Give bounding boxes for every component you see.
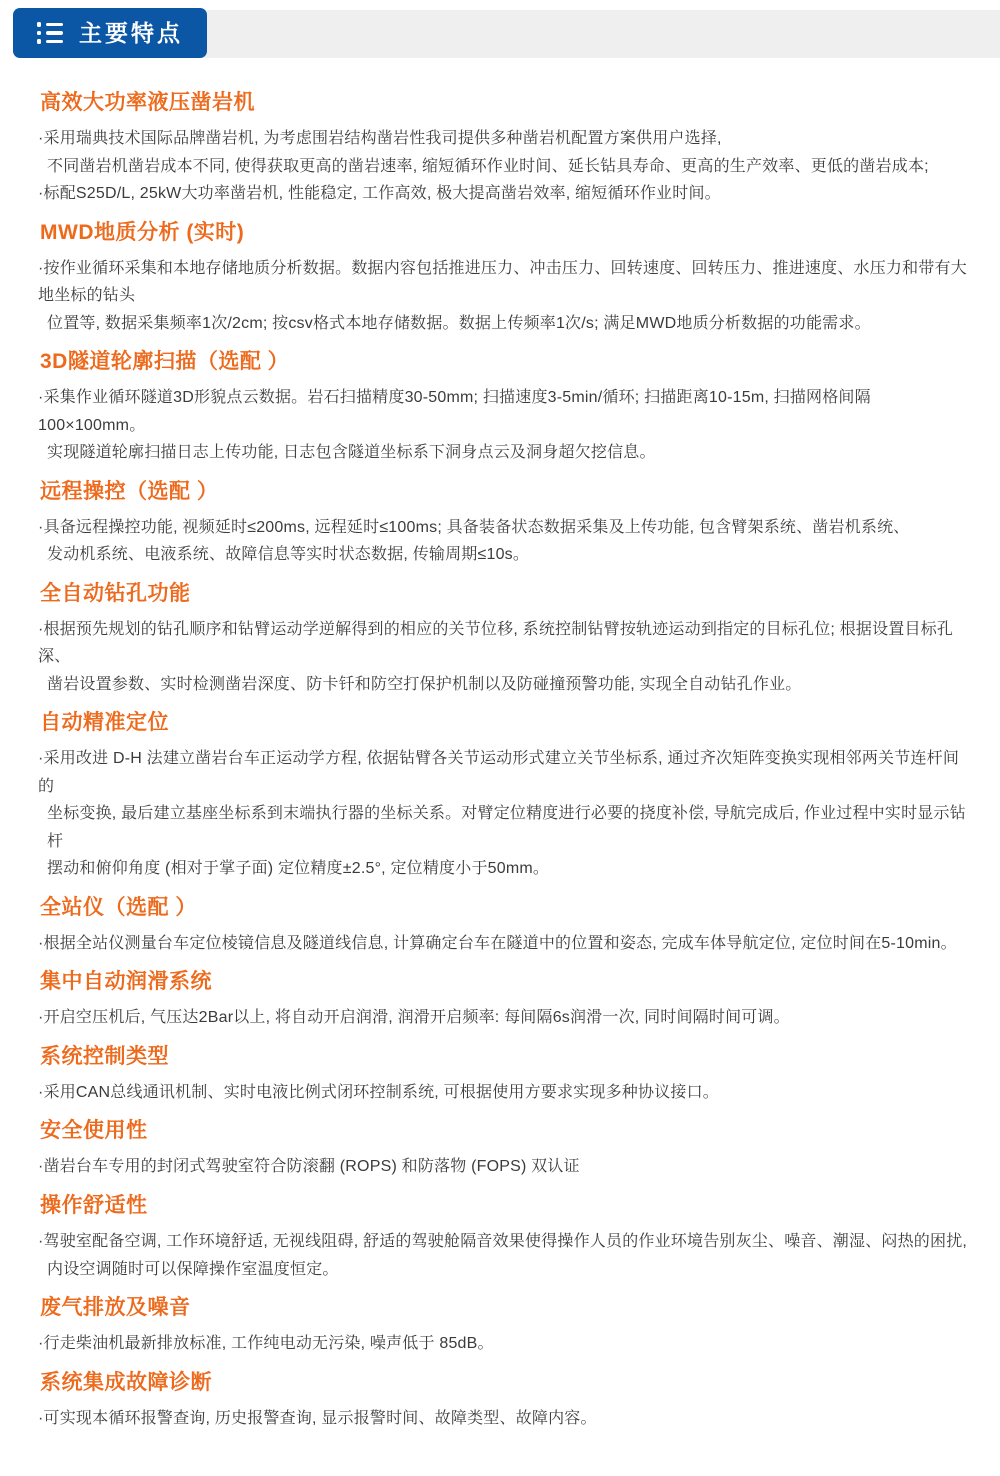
feature-line: ·根据全站仪测量台车定位棱镜信息及隧道线信息, 计算确定台车在隧道中的位置和姿态… [38,930,970,958]
feature-title: 系统控制类型 [40,1046,970,1068]
feature-line: ·采用改进 D-H 法建立凿岩台车正运动学方程, 依据钻臂各关节运动形式建立关节… [38,745,970,800]
feature-section: 系统集成故障诊断 ·可实现本循环报警查询, 历史报警查询, 显示报警时间、故障类… [38,1372,970,1433]
feature-body: ·驾驶室配备空调, 工作环境舒适, 无视线阻碍, 舒适的驾驶舱隔音效果使得操作人… [38,1228,970,1283]
feature-body: ·采用CAN总线通讯机制、实时电液比例式闭环控制系统, 可根据使用方要求实现多种… [38,1079,970,1107]
feature-section: 操作舒适性 ·驾驶室配备空调, 工作环境舒适, 无视线阻碍, 舒适的驾驶舱隔音效… [38,1195,970,1283]
feature-line: ·采用CAN总线通讯机制、实时电液比例式闭环控制系统, 可根据使用方要求实现多种… [38,1079,970,1107]
feature-line: ·凿岩台车专用的封闭式驾驶室符合防滚翻 (ROPS) 和防落物 (FOPS) 双… [38,1153,970,1181]
list-icon [37,22,63,44]
features-list: 高效大功率液压凿岩机 ·采用瑞典技术国际品牌凿岩机, 为考虑围岩结构凿岩性我司提… [0,58,1000,1476]
feature-section: 废气排放及噪音 ·行走柴油机最新排放标准, 工作纯电动无污染, 噪声低于 85d… [38,1297,970,1358]
feature-section: 系统控制类型 ·采用CAN总线通讯机制、实时电液比例式闭环控制系统, 可根据使用… [38,1046,970,1107]
feature-line: 位置等, 数据采集频率1次/2cm; 按csv格式本地存储数据。数据上传频率1次… [38,310,970,338]
feature-line: ·具备远程操控功能, 视频延时≤200ms, 远程延时≤100ms; 具备装备状… [38,514,970,542]
feature-section: 集中自动润滑系统 ·开启空压机后, 气压达2Bar以上, 将自动开启润滑, 润滑… [38,971,970,1032]
feature-line: ·采集作业循环隧道3D形貌点云数据。岩石扫描精度30-50mm; 扫描速度3-5… [38,384,970,439]
feature-line: ·可实现本循环报警查询, 历史报警查询, 显示报警时间、故障类型、故障内容。 [38,1405,970,1433]
feature-title: MWD地质分析 (实时) [40,222,970,244]
page-title: 主要特点 [79,22,183,45]
feature-body: ·具备远程操控功能, 视频延时≤200ms, 远程延时≤100ms; 具备装备状… [38,514,970,569]
feature-body: ·采集作业循环隧道3D形貌点云数据。岩石扫描精度30-50mm; 扫描速度3-5… [38,384,970,467]
list-icon-bar [46,23,63,27]
feature-section: 3D隧道轮廓扫描（选配 ） ·采集作业循环隧道3D形貌点云数据。岩石扫描精度30… [38,351,970,467]
list-icon-row [37,31,63,36]
feature-title: 集中自动润滑系统 [40,971,970,993]
feature-title: 操作舒适性 [40,1195,970,1217]
feature-title: 系统集成故障诊断 [40,1372,970,1394]
list-icon-dot [37,22,41,27]
page: 主要特点 高效大功率液压凿岩机 ·采用瑞典技术国际品牌凿岩机, 为考虑围岩结构凿… [0,0,1000,1476]
feature-line: ·按作业循环采集和本地存储地质分析数据。数据内容包括推进压力、冲击压力、回转速度… [38,255,970,310]
list-icon-dot [37,39,41,44]
feature-section: 高效大功率液压凿岩机 ·采用瑞典技术国际品牌凿岩机, 为考虑围岩结构凿岩性我司提… [38,92,970,208]
feature-line: ·标配S25D/L, 25kW大功率凿岩机, 性能稳定, 工作高效, 极大提高凿… [38,180,970,208]
feature-line: 实现隧道轮廓扫描日志上传功能, 日志包含隧道坐标系下洞身点云及洞身超欠挖信息。 [38,439,970,467]
feature-title: 安全使用性 [40,1120,970,1142]
feature-body: ·凿岩台车专用的封闭式驾驶室符合防滚翻 (ROPS) 和防落物 (FOPS) 双… [38,1153,970,1181]
feature-line: ·采用瑞典技术国际品牌凿岩机, 为考虑围岩结构凿岩性我司提供多种凿岩机配置方案供… [38,125,970,153]
feature-line: ·驾驶室配备空调, 工作环境舒适, 无视线阻碍, 舒适的驾驶舱隔音效果使得操作人… [38,1228,970,1256]
feature-line: 坐标变换, 最后建立基座坐标系到末端执行器的坐标关系。对臂定位精度进行必要的挠度… [38,800,970,855]
feature-section: 安全使用性 ·凿岩台车专用的封闭式驾驶室符合防滚翻 (ROPS) 和防落物 (F… [38,1120,970,1181]
feature-body: ·可实现本循环报警查询, 历史报警查询, 显示报警时间、故障类型、故障内容。 [38,1405,970,1433]
feature-line: 凿岩设置参数、实时检测凿岩深度、防卡钎和防空打保护机制以及防碰撞预警功能, 实现… [38,671,970,699]
feature-line: ·行走柴油机最新排放标准, 工作纯电动无污染, 噪声低于 85dB。 [38,1330,970,1358]
feature-line: ·开启空压机后, 气压达2Bar以上, 将自动开启润滑, 润滑开启频率: 每间隔… [38,1004,970,1032]
feature-title: 3D隧道轮廓扫描（选配 ） [40,351,970,373]
feature-title: 废气排放及噪音 [40,1297,970,1319]
feature-section: MWD地质分析 (实时) ·按作业循环采集和本地存储地质分析数据。数据内容包括推… [38,222,970,338]
list-icon-bar [46,31,63,35]
feature-title: 全自动钻孔功能 [40,583,970,605]
feature-line: 摆动和俯仰角度 (相对于掌子面) 定位精度±2.5°, 定位精度小于50mm。 [38,855,970,883]
feature-title: 全站仪（选配 ） [40,897,970,919]
feature-section: 全站仪（选配 ） ·根据全站仪测量台车定位棱镜信息及隧道线信息, 计算确定台车在… [38,897,970,958]
list-icon-bar [46,40,63,44]
feature-title: 高效大功率液压凿岩机 [40,92,970,114]
feature-title: 自动精准定位 [40,712,970,734]
feature-body: ·采用瑞典技术国际品牌凿岩机, 为考虑围岩结构凿岩性我司提供多种凿岩机配置方案供… [38,125,970,208]
list-icon-row [37,39,63,44]
section-header: 主要特点 [0,0,1000,58]
feature-title: 远程操控（选配 ） [40,481,970,503]
feature-line: 发动机系统、电液系统、故障信息等实时状态数据, 传输周期≤10s。 [38,541,970,569]
feature-line: ·根据预先规划的钻孔顺序和钻臂运动学逆解得到的相应的关节位移, 系统控制钻臂按轨… [38,616,970,671]
feature-line: 不同凿岩机凿岩成本不同, 使得获取更高的凿岩速率, 缩短循环作业时间、延长钻具寿… [38,153,970,181]
feature-section: 全自动钻孔功能 ·根据预先规划的钻孔顺序和钻臂运动学逆解得到的相应的关节位移, … [38,583,970,699]
list-icon-dot [37,31,41,36]
header-strip [100,10,1000,58]
feature-body: ·按作业循环采集和本地存储地质分析数据。数据内容包括推进压力、冲击压力、回转速度… [38,255,970,338]
feature-body: ·根据预先规划的钻孔顺序和钻臂运动学逆解得到的相应的关节位移, 系统控制钻臂按轨… [38,616,970,699]
list-icon-row [37,22,63,27]
feature-body: ·采用改进 D-H 法建立凿岩台车正运动学方程, 依据钻臂各关节运动形式建立关节… [38,745,970,883]
header-badge: 主要特点 [13,8,207,58]
feature-body: ·开启空压机后, 气压达2Bar以上, 将自动开启润滑, 润滑开启频率: 每间隔… [38,1004,970,1032]
feature-line: 内设空调随时可以保障操作室温度恒定。 [38,1256,970,1284]
feature-section: 远程操控（选配 ） ·具备远程操控功能, 视频延时≤200ms, 远程延时≤10… [38,481,970,569]
feature-section: 自动精准定位 ·采用改进 D-H 法建立凿岩台车正运动学方程, 依据钻臂各关节运… [38,712,970,883]
feature-body: ·行走柴油机最新排放标准, 工作纯电动无污染, 噪声低于 85dB。 [38,1330,970,1358]
feature-body: ·根据全站仪测量台车定位棱镜信息及隧道线信息, 计算确定台车在隧道中的位置和姿态… [38,930,970,958]
